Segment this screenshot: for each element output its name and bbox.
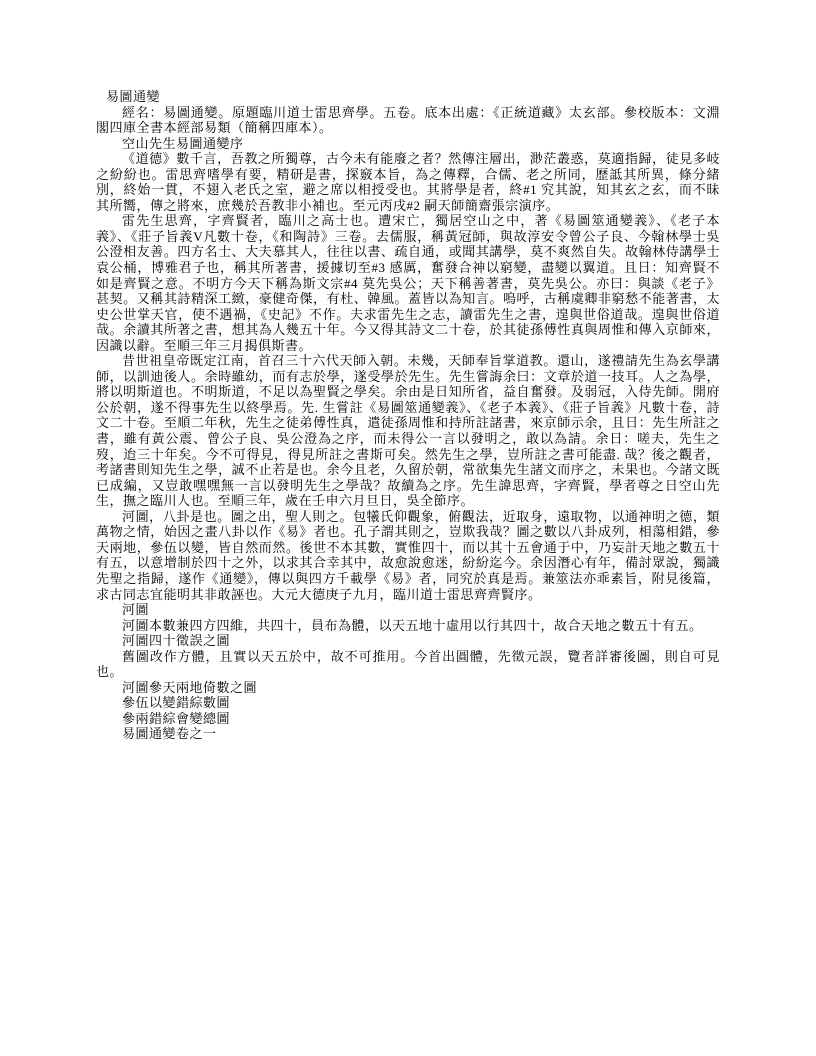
preface-paragraph-1: 《道德》數千言，吾教之所獨尊，古今未有能廢之者？然傳注層出，渺茫叢惑，莫適指歸，… bbox=[96, 151, 720, 213]
document-page: 易圖通變 經名：易圖通變。原題臨川道士雷思齊學。五卷。底本出處：《正統道藏》太玄… bbox=[0, 0, 816, 1056]
preface-heading: 空山先生易圖通變序 bbox=[96, 136, 720, 152]
section-heading-hetu: 河圖 bbox=[96, 602, 720, 618]
diagram-title-3: 參兩錯綜會變總圖 bbox=[96, 711, 720, 727]
diagram-title-2: 參伍以變錯綜數圖 bbox=[96, 695, 720, 711]
hetu-paragraph: 河圖本數兼四方四維，共四十，員布為體，以天五地十虛用以行其四十，故合天地之數五十… bbox=[96, 618, 720, 634]
preface-paragraph-2: 雷先生思齊，字齊賢者，臨川之高士也。遭宋亡，獨居空山之中，著《易圖筮通變義》、《… bbox=[96, 213, 720, 353]
preface-paragraph-3: 昔世祖皇帝既定江南，首召三十六代天師入朝。未幾，天師奉旨掌道教。還山，遂禮請先生… bbox=[96, 353, 720, 508]
bibliographic-note: 經名：易圖通變。原題臨川道士雷思齊學。五卷。底本出處：《正統道藏》太玄部。參校版… bbox=[96, 105, 720, 136]
volume-end-title: 易圖通變卷之一 bbox=[96, 726, 720, 742]
diagram-title-1: 河圖參天兩地倚數之圖 bbox=[96, 680, 720, 696]
hetu-sishi-paragraph: 舊圖改作方體，且實以天五於中，故不可推用。今首出圓體，先徵元誤，覽者詳審後圖，則… bbox=[96, 649, 720, 680]
author-preface-paragraph: 河圖，八卦是也。圖之出，聖人則之。包犧氏仰觀象，俯觀法，近取身，遠取物，以通神明… bbox=[96, 509, 720, 602]
document-text-area: 易圖通變 經名：易圖通變。原題臨川道士雷思齊學。五卷。底本出處：《正統道藏》太玄… bbox=[96, 89, 720, 742]
document-title: 易圖通變 bbox=[96, 89, 720, 105]
section-heading-hetu-sishi: 河圖四十徵誤之圖 bbox=[96, 633, 720, 649]
